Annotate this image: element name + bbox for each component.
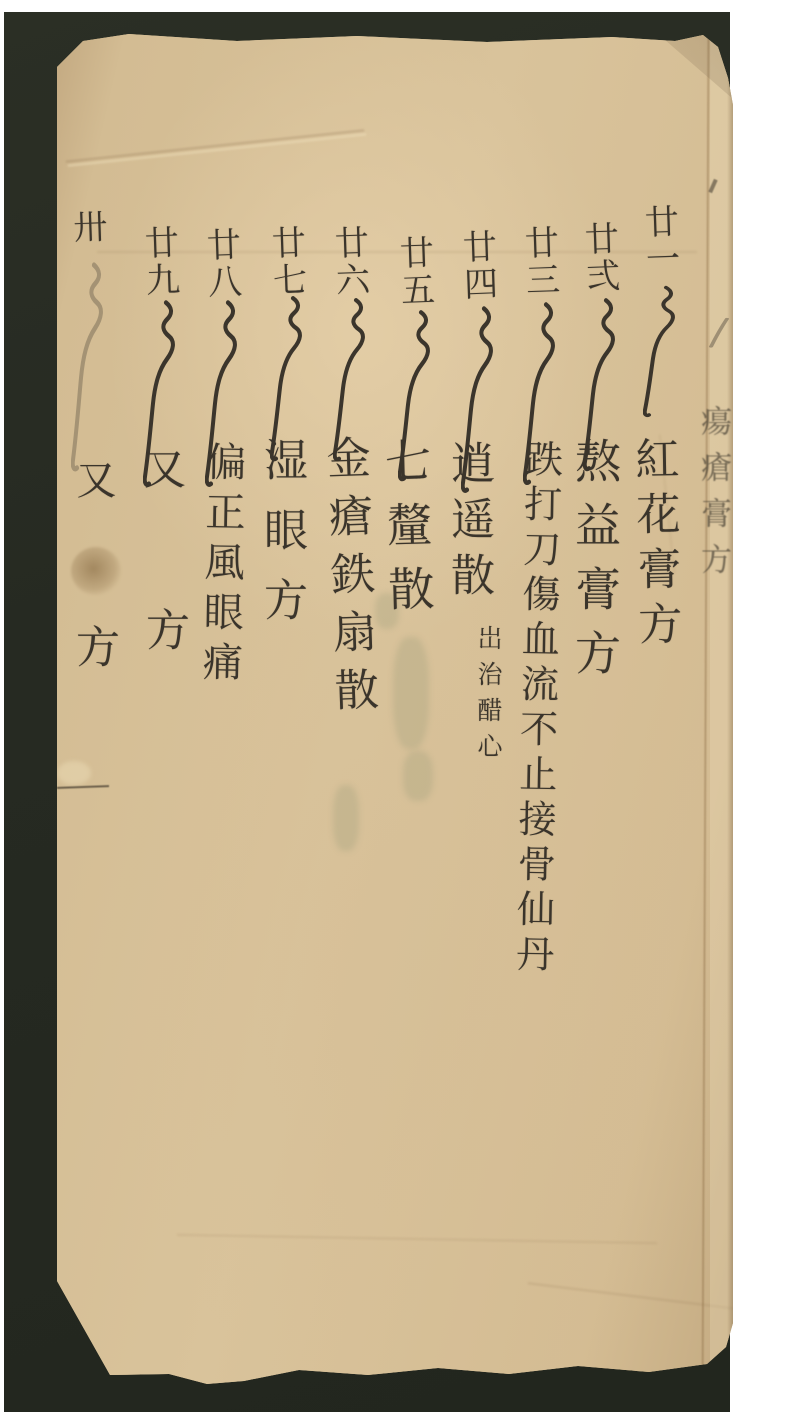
paper-crease-highlight: [68, 133, 367, 166]
entry-number: 廿一: [641, 203, 678, 278]
entry-title-continued: 方: [141, 607, 185, 651]
entry-number: 廿九: [141, 224, 178, 299]
entry-number: 廿四: [459, 228, 496, 303]
gutter-fragment-text: 瘍瘡膏方: [697, 405, 728, 589]
entry-title: 又: [73, 459, 113, 499]
paper-crease: [66, 129, 365, 162]
show-through-mark: [403, 751, 433, 801]
top-right-corner-fold: [57, 33, 733, 113]
entry-title: 偏正風眼痛: [199, 441, 243, 692]
entry-title: 逍遥散: [446, 440, 490, 608]
entry-title: 金瘡鉄扇散: [321, 434, 375, 725]
entry-number: 廿八: [203, 226, 240, 301]
numeral-suffix-hao-flourish: [643, 285, 677, 420]
stain-blot: [71, 547, 121, 595]
paper-edge-shadow: [727, 33, 733, 1385]
entry-title: 湿眼方: [259, 437, 303, 647]
entry-number: 廿六: [331, 224, 368, 299]
show-through-mark: [393, 637, 429, 749]
entry-title: 紅花膏方: [630, 436, 678, 657]
paper-crease: [177, 1234, 657, 1244]
entry-number: 廿五: [396, 234, 433, 309]
gutter-crease-line: [701, 33, 710, 1385]
edge-tear-highlight: [57, 761, 91, 785]
show-through-mark: [333, 785, 359, 851]
edge-tear-crack: [57, 785, 109, 789]
entry-title: 又: [141, 447, 183, 489]
entry-title: 七釐散: [381, 436, 432, 629]
numeral-suffix-hao-flourish: [71, 261, 105, 476]
entry-number: 廿七: [268, 224, 305, 299]
entry-number: 卅: [69, 208, 104, 246]
entry-number: 廿弍: [581, 220, 618, 295]
scanned-manuscript-photo: 瘍瘡膏方 廿一 紅花膏方 廿弍 熬益膏方 廿三 跌打刀傷血流不止接骨仙丹 廿四 …: [0, 0, 800, 1422]
entry-title: 熬益膏方: [572, 437, 618, 693]
entry-title: 跌打刀傷血流不止接骨仙丹: [512, 439, 559, 980]
paper-crease: [528, 1282, 737, 1310]
gutter-partial-stroke: [703, 317, 737, 389]
entry-number: 廿三: [521, 224, 558, 299]
entry-title-continued: 方: [71, 624, 115, 668]
manuscript-page: 瘍瘡膏方 廿一 紅花膏方 廿弍 熬益膏方 廿三 跌打刀傷血流不止接骨仙丹 廿四 …: [57, 33, 733, 1385]
entry-note: 岀治醋心: [476, 625, 501, 769]
